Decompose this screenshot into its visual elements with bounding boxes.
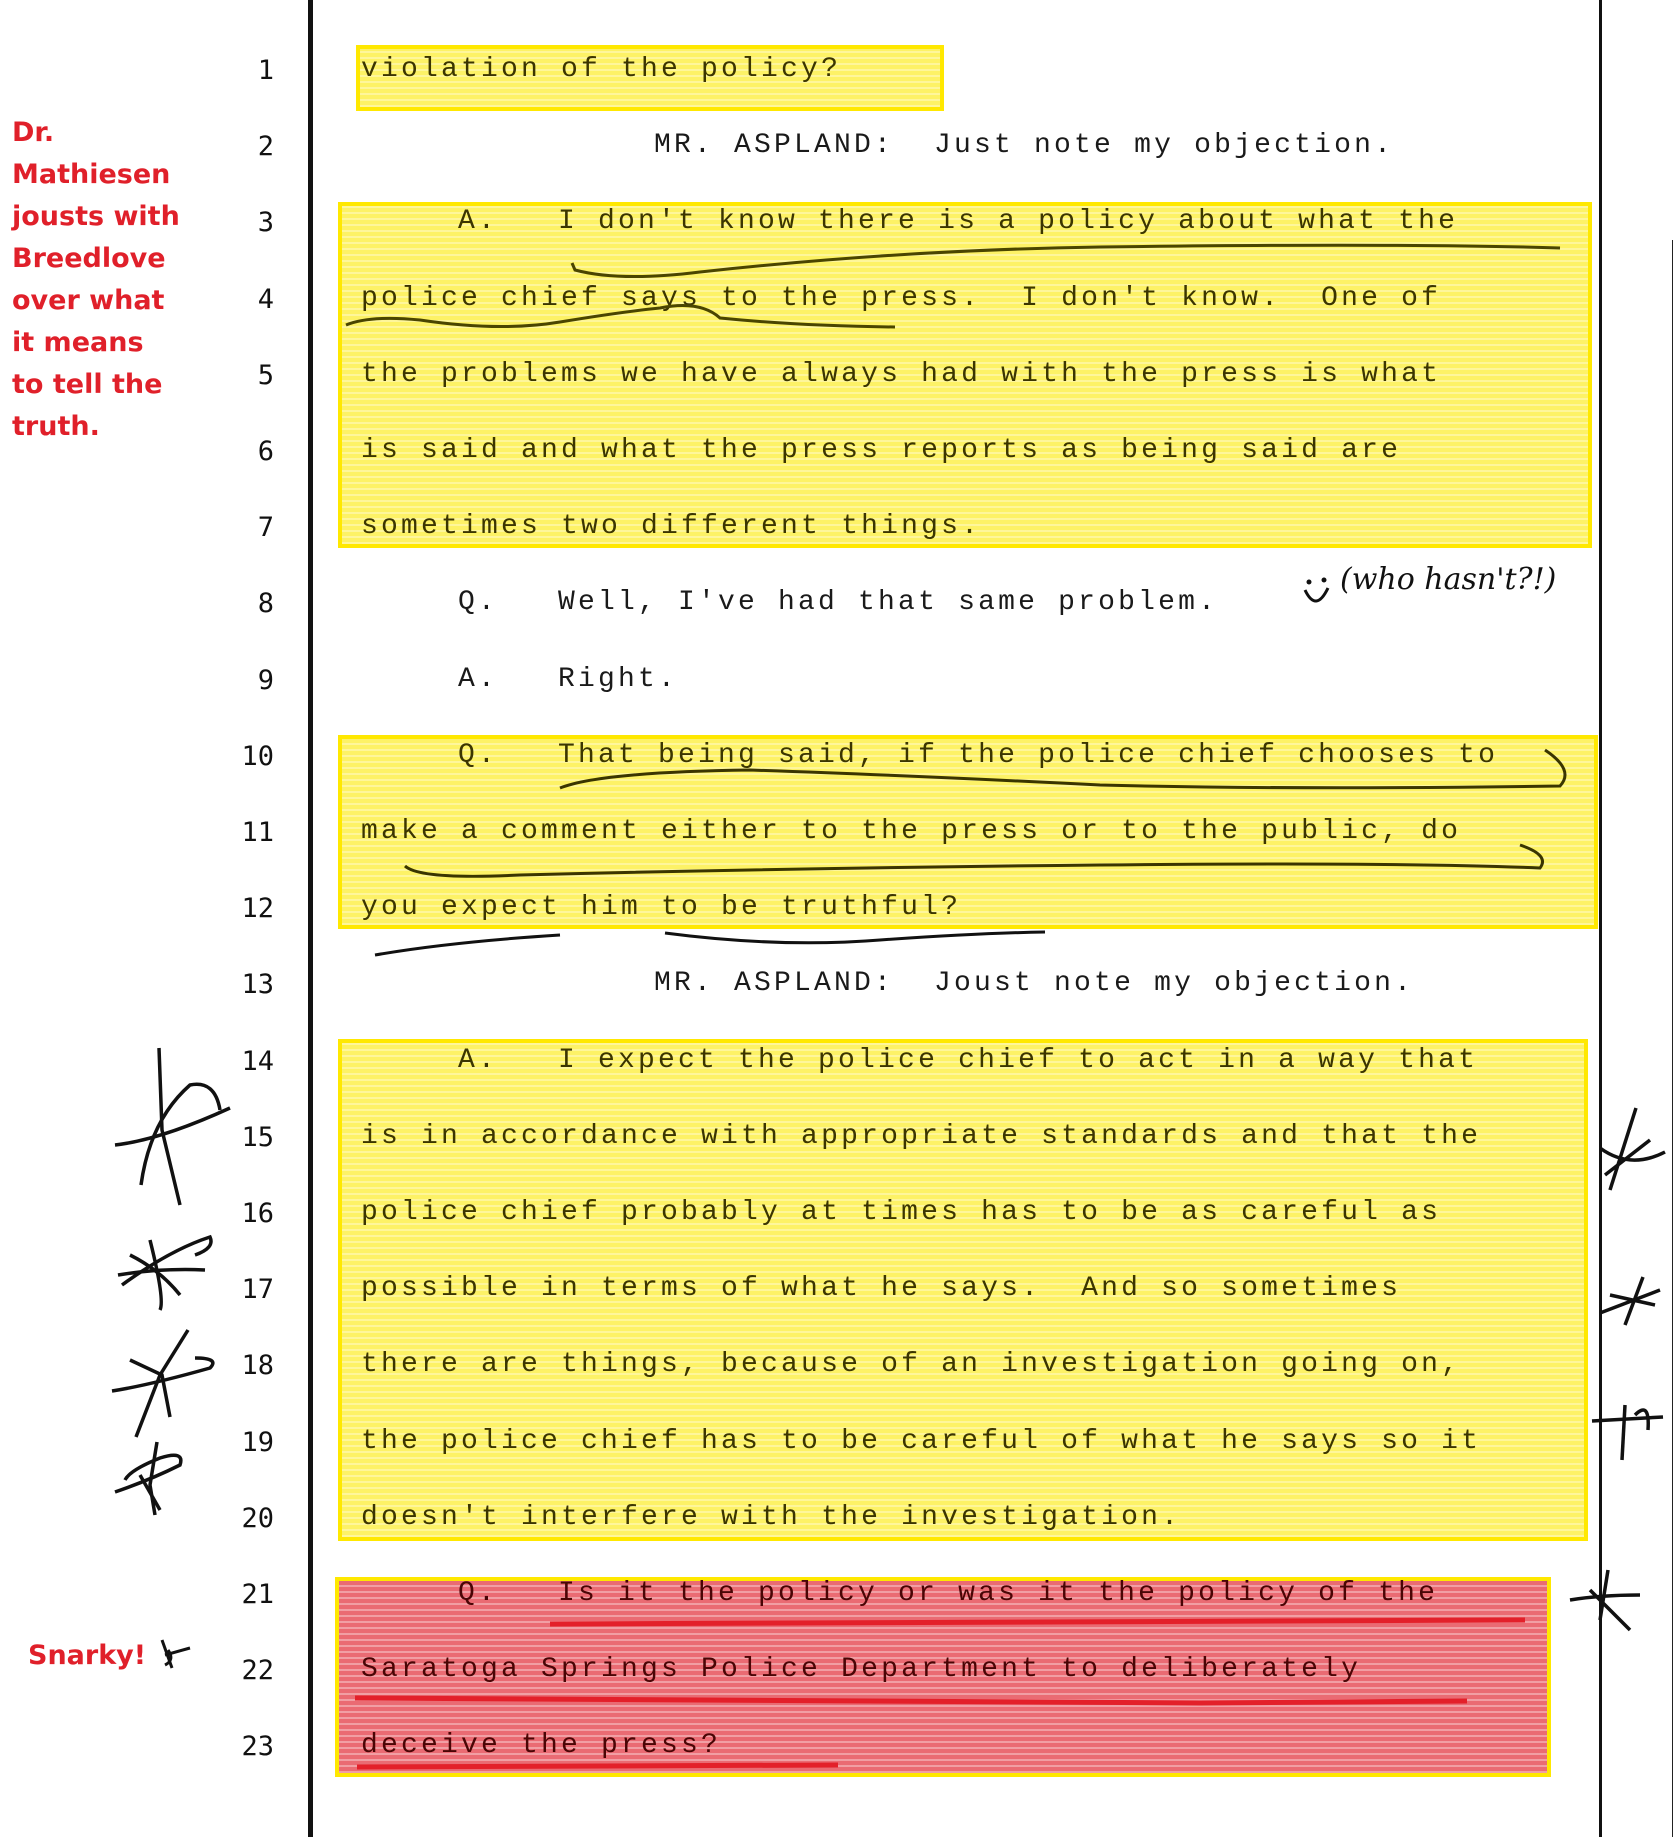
line-number: 23: [226, 1731, 274, 1762]
transcript-line: A. Right.: [458, 664, 678, 695]
transcript-line: you expect him to be truthful?: [361, 892, 961, 923]
transcript-line: deceive the press?: [361, 1730, 721, 1761]
line-number: 22: [226, 1655, 274, 1686]
line-number: 16: [226, 1198, 274, 1229]
line-number: 19: [226, 1427, 274, 1458]
line-number: 13: [226, 969, 274, 1000]
star-mark-right-15: [1600, 1108, 1665, 1190]
transcript-line: Q. Well, I've had that same problem.: [458, 587, 1218, 618]
star-mark-left-17: [118, 1237, 211, 1310]
line-number: 3: [226, 207, 274, 238]
right-margin-rule: [1599, 0, 1602, 1837]
note-line: Mathiesen: [12, 154, 180, 196]
star-mark-left-18: [112, 1330, 213, 1437]
star-mark-right-19: [1592, 1405, 1663, 1460]
transcript-line: sometimes two different things.: [361, 511, 981, 542]
transcript-line: MR. ASPLAND: Just note my objection.: [654, 130, 1394, 161]
line-number: 14: [226, 1046, 274, 1077]
handwritten-comment: (who hasn't?!): [1340, 562, 1556, 597]
left-margin-rule: [308, 0, 313, 1837]
underline-line-12b: [665, 932, 1045, 943]
line-number: 4: [226, 284, 274, 315]
transcript-line: violation of the policy?: [361, 54, 841, 85]
transcript-line: the problems we have always had with the…: [361, 359, 1441, 390]
transcript-line: possible in terms of what he says. And s…: [361, 1273, 1401, 1304]
line-number: 21: [226, 1579, 274, 1610]
margin-note-snarky: Snarky!: [28, 1635, 146, 1677]
transcript-line: doesn't interfere with the investigation…: [361, 1502, 1181, 1533]
transcript-line: police chief says to the press. I don't …: [361, 283, 1441, 314]
line-number: 10: [226, 741, 274, 772]
transcript-line: police chief probably at times has to be…: [361, 1197, 1441, 1228]
line-number: 15: [226, 1122, 274, 1153]
transcript-line: is in accordance with appropriate standa…: [361, 1121, 1481, 1152]
star-mark-left-20: [115, 1442, 181, 1515]
line-number: 17: [226, 1274, 274, 1305]
transcript-line: MR. ASPLAND: Joust note my objection.: [654, 968, 1414, 999]
line-number: 1: [226, 55, 274, 86]
line-number: 18: [226, 1350, 274, 1381]
line-number: 11: [226, 817, 274, 848]
note-line: Dr.: [12, 112, 180, 154]
line-number: 20: [226, 1503, 274, 1534]
line-number: 12: [226, 893, 274, 924]
smiley-face-icon: [1300, 575, 1336, 611]
transcript-line: is said and what the press reports as be…: [361, 435, 1401, 466]
transcript-line: A. I expect the police chief to act in a…: [458, 1045, 1478, 1076]
star-mark-right-21: [1570, 1570, 1640, 1630]
note-line: Breedlove: [12, 238, 180, 280]
transcript-line: A. I don't know there is a policy about …: [458, 206, 1458, 237]
transcript-line: Q. Is it the policy or was it the policy…: [458, 1578, 1438, 1609]
transcript-line: there are things, because of an investig…: [361, 1349, 1461, 1380]
note-line: over what: [12, 280, 180, 322]
transcript-line: make a comment either to the press or to…: [361, 816, 1461, 847]
line-number: 2: [226, 131, 274, 162]
star-mark-snarky: [162, 1640, 190, 1668]
star-mark-left-15: [115, 1048, 230, 1205]
line-number: 7: [226, 512, 274, 543]
margin-note-commentary: Dr. Mathiesen jousts with Breedlove over…: [12, 112, 180, 448]
underline-line-12a: [375, 935, 560, 955]
transcript-page: 1234567891011121314151617181920212223 vi…: [0, 0, 1673, 1837]
line-number: 5: [226, 360, 274, 391]
line-number: 6: [226, 436, 274, 467]
note-line: it means: [12, 322, 180, 364]
transcript-line: Saratoga Springs Police Department to de…: [361, 1654, 1361, 1685]
line-number: 8: [226, 588, 274, 619]
transcript-line: the police chief has to be careful of wh…: [361, 1426, 1481, 1457]
line-number: 9: [226, 665, 274, 696]
transcript-line: Q. That being said, if the police chief …: [458, 740, 1498, 771]
note-line: truth.: [12, 406, 180, 448]
star-mark-right-17: [1600, 1277, 1660, 1325]
note-line: jousts with: [12, 196, 180, 238]
note-line: to tell the: [12, 364, 180, 406]
